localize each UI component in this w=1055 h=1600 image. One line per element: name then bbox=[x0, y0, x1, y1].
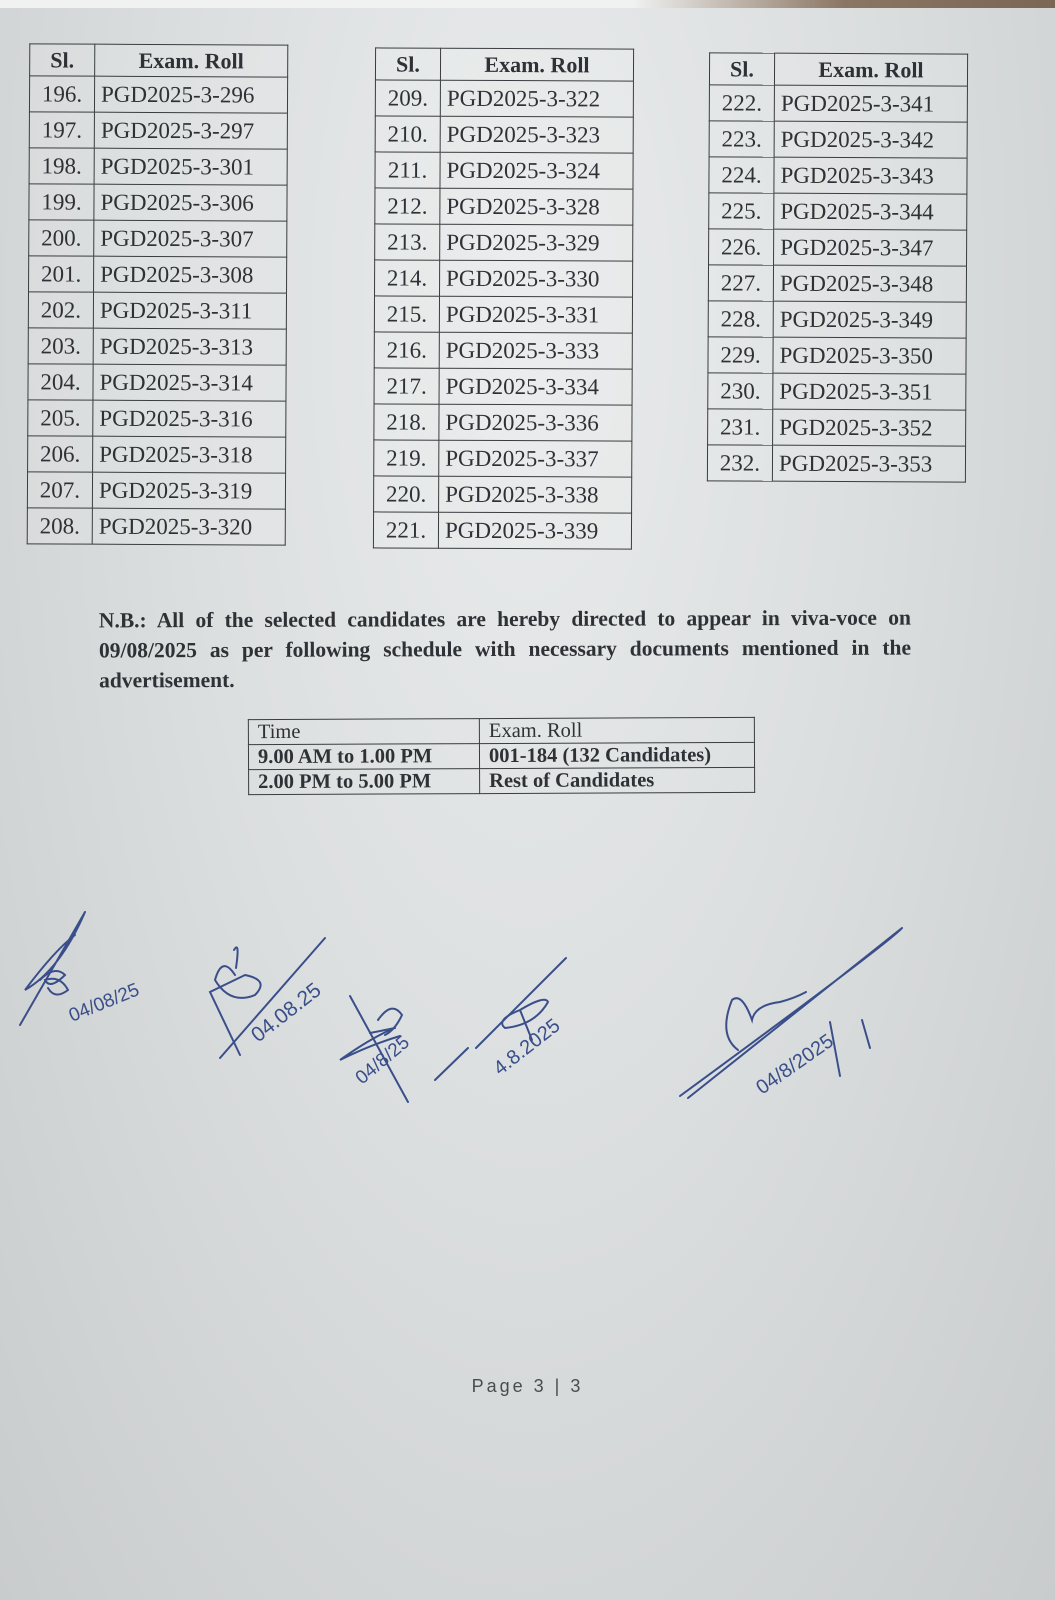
serial-number: 217. bbox=[374, 368, 439, 404]
serial-number: 196. bbox=[29, 76, 94, 112]
exam-roll: PGD2025-3-308 bbox=[94, 256, 287, 293]
serial-number: 208. bbox=[27, 508, 92, 544]
exam-roll: PGD2025-3-319 bbox=[92, 472, 285, 509]
table-row: 201.PGD2025-3-308 bbox=[29, 256, 287, 293]
table-row: 231.PGD2025-3-352 bbox=[708, 409, 966, 446]
table-row: 206.PGD2025-3-318 bbox=[28, 436, 286, 473]
serial-number: 221. bbox=[373, 512, 438, 548]
page-top-edge bbox=[0, 0, 1055, 8]
serial-number: 201. bbox=[29, 256, 94, 292]
table-header-row: Sl.Exam. Roll bbox=[375, 48, 633, 81]
schedule-row: 2.00 PM to 5.00 PM Rest of Candidates bbox=[249, 767, 755, 794]
table-row: 228.PGD2025-3-349 bbox=[708, 301, 966, 338]
schedule-roll: Rest of Candidates bbox=[480, 767, 755, 793]
schedule-time: 2.00 PM to 5.00 PM bbox=[249, 769, 480, 795]
serial-number: 198. bbox=[29, 148, 94, 184]
table-row: 223.PGD2025-3-342 bbox=[709, 121, 967, 158]
serial-number: 232. bbox=[707, 445, 772, 481]
serial-number: 214. bbox=[375, 260, 440, 296]
schedule-table: Time Exam. Roll 9.00 AM to 1.00 PM 001-1… bbox=[248, 717, 755, 795]
serial-number: 215. bbox=[374, 296, 439, 332]
serial-number: 224. bbox=[709, 157, 774, 193]
serial-number: 210. bbox=[375, 116, 440, 152]
exam-roll: PGD2025-3-328 bbox=[440, 188, 633, 225]
serial-number: 220. bbox=[374, 476, 439, 512]
serial-number: 228. bbox=[708, 301, 773, 337]
exam-roll: PGD2025-3-316 bbox=[93, 400, 286, 437]
table-header-row: Sl.Exam. Roll bbox=[709, 53, 967, 86]
signature-5-date: 04/8/2025 bbox=[752, 1030, 838, 1099]
serial-number: 213. bbox=[375, 224, 440, 260]
exam-roll: PGD2025-3-347 bbox=[774, 229, 967, 266]
table-row: 208.PGD2025-3-320 bbox=[27, 508, 285, 545]
table-row: 216.PGD2025-3-333 bbox=[374, 332, 632, 369]
serial-number: 209. bbox=[375, 80, 440, 116]
exam-roll: PGD2025-3-320 bbox=[92, 508, 285, 545]
exam-roll: PGD2025-3-338 bbox=[439, 476, 632, 513]
exam-roll: PGD2025-3-318 bbox=[93, 436, 286, 473]
table-row: 215.PGD2025-3-331 bbox=[374, 296, 632, 333]
serial-number: 225. bbox=[709, 193, 774, 229]
table-row: 217.PGD2025-3-334 bbox=[374, 368, 632, 405]
exam-roll: PGD2025-3-329 bbox=[440, 224, 633, 261]
serial-number: 212. bbox=[375, 188, 440, 224]
table-row: 219.PGD2025-3-337 bbox=[374, 440, 632, 477]
signature-3-date: 04/8/25 bbox=[352, 1032, 414, 1089]
exam-roll: PGD2025-3-339 bbox=[438, 512, 631, 549]
exam-roll: PGD2025-3-352 bbox=[773, 409, 966, 446]
header-exam-roll: Exam. Roll bbox=[440, 48, 633, 81]
table-row: 224.PGD2025-3-343 bbox=[709, 157, 967, 194]
serial-number: 211. bbox=[375, 152, 440, 188]
table-row: 213.PGD2025-3-329 bbox=[375, 224, 633, 261]
exam-roll: PGD2025-3-296 bbox=[94, 76, 287, 113]
serial-number: 200. bbox=[29, 220, 94, 256]
table-row: 197.PGD2025-3-297 bbox=[29, 112, 287, 149]
table-row: 209.PGD2025-3-322 bbox=[375, 80, 633, 117]
exam-roll: PGD2025-3-350 bbox=[773, 337, 966, 374]
table-row: 204.PGD2025-3-314 bbox=[28, 364, 286, 401]
exam-roll: PGD2025-3-297 bbox=[94, 112, 287, 149]
serial-number: 207. bbox=[27, 472, 92, 508]
serial-number: 216. bbox=[374, 332, 439, 368]
serial-number: 222. bbox=[709, 85, 774, 121]
exam-roll: PGD2025-3-333 bbox=[439, 332, 632, 369]
header-exam-roll: Exam. Roll bbox=[774, 53, 967, 86]
table-row: 202.PGD2025-3-311 bbox=[28, 292, 286, 329]
exam-roll: PGD2025-3-343 bbox=[774, 157, 967, 194]
table-row: 207.PGD2025-3-319 bbox=[27, 472, 285, 509]
exam-roll: PGD2025-3-314 bbox=[93, 364, 286, 401]
exam-roll: PGD2025-3-313 bbox=[93, 328, 286, 365]
exam-roll: PGD2025-3-334 bbox=[439, 368, 632, 405]
schedule-header-row: Time Exam. Roll bbox=[248, 717, 754, 744]
serial-number: 229. bbox=[708, 337, 773, 373]
table-row: 229.PGD2025-3-350 bbox=[708, 337, 966, 374]
exam-roll: PGD2025-3-323 bbox=[440, 116, 633, 153]
exam-roll: PGD2025-3-307 bbox=[94, 220, 287, 257]
notice-paragraph: N.B.: All of the selected candidates are… bbox=[99, 603, 911, 696]
schedule-row: 9.00 AM to 1.00 PM 001-184 (132 Candidat… bbox=[248, 742, 754, 769]
table-row: 226.PGD2025-3-347 bbox=[709, 229, 967, 266]
table-row: 199.PGD2025-3-306 bbox=[29, 184, 287, 221]
exam-roll: PGD2025-3-341 bbox=[774, 85, 967, 122]
table-row: 232.PGD2025-3-353 bbox=[707, 445, 965, 482]
exam-roll: PGD2025-3-337 bbox=[439, 440, 632, 477]
header-sl: Sl. bbox=[30, 44, 95, 76]
table-row: 198.PGD2025-3-301 bbox=[29, 148, 287, 185]
table-row: 211.PGD2025-3-324 bbox=[375, 152, 633, 189]
serial-number: 204. bbox=[28, 364, 93, 400]
table-row: 196.PGD2025-3-296 bbox=[29, 76, 287, 113]
exam-roll: PGD2025-3-336 bbox=[439, 404, 632, 441]
serial-number: 197. bbox=[29, 112, 94, 148]
serial-number: 203. bbox=[28, 328, 93, 364]
serial-number: 231. bbox=[708, 409, 773, 445]
exam-roll: PGD2025-3-348 bbox=[773, 265, 966, 302]
exam-roll: PGD2025-3-324 bbox=[440, 152, 633, 189]
serial-number: 218. bbox=[374, 404, 439, 440]
schedule-time: 9.00 AM to 1.00 PM bbox=[248, 744, 479, 770]
exam-roll: PGD2025-3-311 bbox=[93, 292, 286, 329]
table-row: 230.PGD2025-3-351 bbox=[708, 373, 966, 410]
exam-roll: PGD2025-3-353 bbox=[772, 445, 965, 482]
exam-roll: PGD2025-3-342 bbox=[774, 121, 967, 158]
serial-number: 202. bbox=[28, 292, 93, 328]
table-row: 214.PGD2025-3-330 bbox=[375, 260, 633, 297]
exam-roll: PGD2025-3-306 bbox=[94, 184, 287, 221]
header-sl: Sl. bbox=[709, 53, 774, 85]
header-sl: Sl. bbox=[375, 48, 440, 80]
exam-roll: PGD2025-3-351 bbox=[773, 373, 966, 410]
table-row: 220.PGD2025-3-338 bbox=[374, 476, 632, 513]
table-row: 212.PGD2025-3-328 bbox=[375, 188, 633, 225]
roll-table-3: Sl.Exam. Roll222.PGD2025-3-341223.PGD202… bbox=[707, 52, 968, 482]
exam-roll: PGD2025-3-344 bbox=[774, 193, 967, 230]
exam-roll: PGD2025-3-301 bbox=[94, 148, 287, 185]
header-exam-roll: Exam. Roll bbox=[95, 44, 288, 77]
exam-roll: PGD2025-3-330 bbox=[440, 260, 633, 297]
table-row: 203.PGD2025-3-313 bbox=[28, 328, 286, 365]
exam-roll: PGD2025-3-322 bbox=[440, 80, 633, 117]
serial-number: 230. bbox=[708, 373, 773, 409]
page-number: Page 3 | 3 bbox=[0, 1376, 1055, 1397]
serial-number: 199. bbox=[29, 184, 94, 220]
exam-roll: PGD2025-3-349 bbox=[773, 301, 966, 338]
signature-1-date: 04/08/25 bbox=[66, 979, 142, 1026]
roll-table-2: Sl.Exam. Roll209.PGD2025-3-322210.PGD202… bbox=[373, 47, 634, 549]
table-header-row: Sl.Exam. Roll bbox=[30, 44, 288, 77]
table-row: 200.PGD2025-3-307 bbox=[29, 220, 287, 257]
serial-number: 219. bbox=[374, 440, 439, 476]
table-row: 225.PGD2025-3-344 bbox=[709, 193, 967, 230]
signatures-area: 04/08/25 04.08.25 04/8/25 4.8.2025 04/8/… bbox=[0, 880, 1055, 1140]
serial-number: 206. bbox=[28, 436, 93, 472]
serial-number: 227. bbox=[708, 265, 773, 301]
exam-roll: PGD2025-3-331 bbox=[439, 296, 632, 333]
table-row: 210.PGD2025-3-323 bbox=[375, 116, 633, 153]
serial-number: 205. bbox=[28, 400, 93, 436]
serial-number: 226. bbox=[709, 229, 774, 265]
serial-number: 223. bbox=[709, 121, 774, 157]
schedule-header-time: Time bbox=[248, 719, 479, 745]
schedule-header-roll: Exam. Roll bbox=[479, 717, 754, 743]
table-row: 221.PGD2025-3-339 bbox=[373, 512, 631, 549]
schedule-roll: 001-184 (132 Candidates) bbox=[479, 742, 754, 768]
table-row: 227.PGD2025-3-348 bbox=[708, 265, 966, 302]
table-row: 218.PGD2025-3-336 bbox=[374, 404, 632, 441]
roll-table-1: Sl.Exam. Roll196.PGD2025-3-296197.PGD202… bbox=[27, 43, 289, 545]
table-row: 222.PGD2025-3-341 bbox=[709, 85, 967, 122]
table-row: 205.PGD2025-3-316 bbox=[28, 400, 286, 437]
